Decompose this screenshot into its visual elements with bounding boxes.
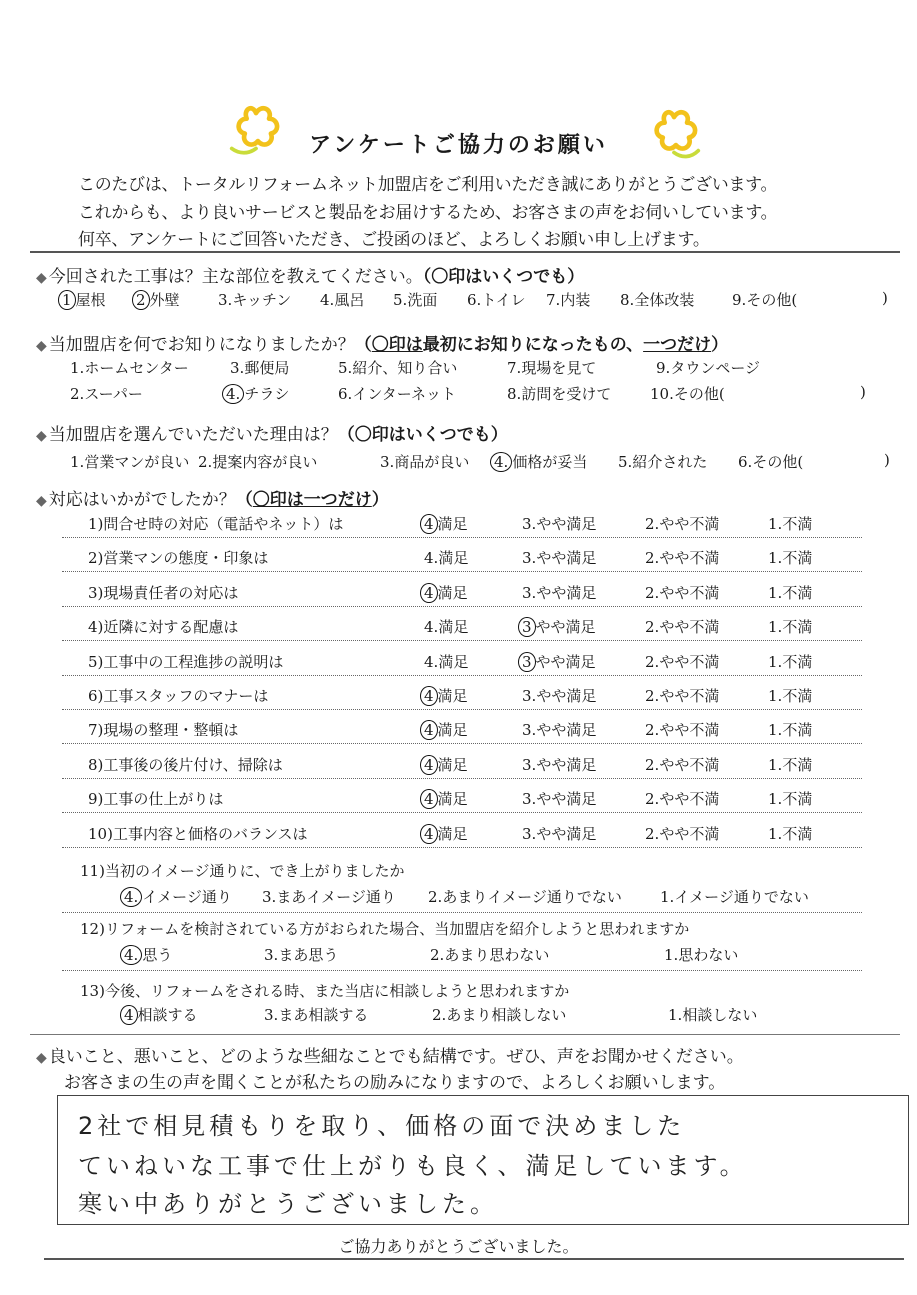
dotted-divider [62, 675, 862, 676]
q2-option[interactable]: 9.タウンページ [656, 357, 760, 378]
q11-option[interactable]: 3.まあイメージ通り [262, 886, 396, 907]
selected-circle: 4 [420, 755, 438, 775]
satisfaction-item-label: 5)工事中の工程進捗の説明は [88, 651, 283, 672]
diamond-bullet-icon: ◆ [36, 338, 47, 354]
satisfaction-option[interactable]: 4満足 [424, 823, 468, 844]
q3-option[interactable]: 3.商品が良い [380, 451, 469, 472]
q12-question: 12)リフォームを検討されている方がおられた場合、当加盟店を紹介しようと思われま… [80, 918, 689, 939]
selected-circle: 4 [420, 514, 438, 534]
dotted-divider [62, 640, 862, 641]
q13-option[interactable]: 1.相談しない [668, 1004, 757, 1025]
q11-option[interactable]: 4.イメージ通り [124, 886, 232, 907]
q1-option-toilet[interactable]: 6.トイレ [467, 289, 526, 310]
dotted-divider [62, 970, 862, 971]
q1-option-kitchen[interactable]: 3.キッチン [218, 289, 291, 310]
satisfaction-option[interactable]: 3.やや満足 [522, 823, 596, 844]
q2-option[interactable]: 3.郵便局 [230, 357, 289, 378]
q2-option[interactable]: 6.インターネット [338, 383, 456, 404]
satisfaction-option[interactable]: 4満足 [424, 685, 468, 706]
q2-option[interactable]: 8.訪問を受けて [507, 383, 611, 404]
q2-heading: ◆当加盟店を何でお知りになりましたか？（〇印は最初にお知りになったもの、一つだけ… [36, 330, 728, 355]
close-paren: ) [860, 383, 866, 401]
q1-option-full-renovation[interactable]: 8.全体改装 [620, 289, 694, 310]
dotted-divider [62, 778, 862, 779]
satisfaction-option[interactable]: 2.やや不満 [645, 582, 719, 603]
selected-circle: 4. [490, 452, 512, 472]
satisfaction-option[interactable]: 2.やや不満 [645, 616, 719, 637]
satisfaction-option[interactable]: 1.不満 [768, 616, 812, 637]
q12-option[interactable]: 3.まあ思う [264, 944, 338, 965]
satisfaction-option[interactable]: 1.不満 [768, 651, 812, 672]
q1-option-interior[interactable]: 7.内装 [546, 289, 590, 310]
q12-option[interactable]: 4.思う [124, 944, 172, 965]
comments-prompt: ◆良いこと、悪いこと、どのような些細なことでも結構です。ぜひ、声をお聞かせくださ… [36, 1042, 744, 1067]
satisfaction-option[interactable]: 1.不満 [768, 823, 812, 844]
dotted-divider [62, 812, 862, 813]
q1-option-other[interactable]: 9.その他( [732, 289, 797, 310]
intro-line: 何卒、アンケートにご回答いただき、ご投函のほど、よろしくお願い申し上げます。 [78, 225, 710, 250]
q2-option-flyer[interactable]: 4.チラシ [226, 383, 289, 404]
dotted-divider [62, 606, 862, 607]
selected-circle: 4 [120, 1005, 138, 1025]
satisfaction-option[interactable]: 1.不満 [768, 788, 812, 809]
selected-circle: 2 [132, 290, 150, 310]
satisfaction-item-label: 6)工事スタッフのマナーは [88, 685, 268, 706]
selected-circle: 1 [58, 290, 76, 310]
satisfaction-option[interactable]: 1.不満 [768, 719, 812, 740]
divider [30, 251, 900, 253]
selected-circle: 4. [120, 887, 142, 907]
satisfaction-item-label: 3)現場責任者の対応は [88, 582, 238, 603]
satisfaction-option[interactable]: 1.不満 [768, 685, 812, 706]
satisfaction-option[interactable]: 2.やや不満 [645, 651, 719, 672]
selected-circle: 4. [120, 945, 142, 965]
satisfaction-option[interactable]: 4.満足 [424, 547, 468, 568]
satisfaction-item-label: 9)工事の仕上がりは [88, 788, 223, 809]
satisfaction-option[interactable]: 4満足 [424, 754, 468, 775]
comment-textarea[interactable]: 2社で相見積もりを取り、価格の面で決めました ていねいな工事で仕上がりも良く、満… [57, 1095, 909, 1225]
q2-option[interactable]: 1.ホームセンター [70, 357, 189, 378]
satisfaction-item-label: 7)現場の整理・整頓は [88, 719, 238, 740]
satisfaction-option[interactable]: 4満足 [424, 719, 468, 740]
satisfaction-option[interactable]: 3やや満足 [522, 616, 596, 637]
q2-option[interactable]: 7.現場を見て [507, 357, 596, 378]
q11-option[interactable]: 2.あまりイメージ通りでない [428, 886, 622, 907]
footer-thanks: ご協力ありがとうございました。 [0, 1234, 917, 1257]
selected-circle: 4. [222, 384, 244, 404]
selected-circle: 3 [518, 652, 536, 672]
satisfaction-option[interactable]: 3.やや満足 [522, 788, 596, 809]
q3-heading: ◆当加盟店を選んでいただいた理由は？（〇印はいくつでも） [36, 420, 508, 445]
satisfaction-option[interactable]: 3.やや満足 [522, 513, 596, 534]
satisfaction-option[interactable]: 2.やや不満 [645, 719, 719, 740]
satisfaction-option[interactable]: 4.満足 [424, 651, 468, 672]
diamond-bullet-icon: ◆ [36, 493, 47, 509]
satisfaction-option[interactable]: 1.不満 [768, 513, 812, 534]
satisfaction-item-label: 10)工事内容と価格のバランスは [88, 823, 308, 844]
satisfaction-option[interactable]: 3.やや満足 [522, 685, 596, 706]
satisfaction-option[interactable]: 2.やや不満 [645, 685, 719, 706]
q4-heading: ◆対応はいかがでしたか？（〇印は一つだけ） [36, 485, 389, 510]
intro-line: これからも、より良いサービスと製品をお届けするため、お客さまの声をお伺いしていま… [78, 198, 777, 223]
satisfaction-option[interactable]: 2.やや不満 [645, 513, 719, 534]
divider [44, 1258, 904, 1260]
intro-line: このたびは、トータルリフォームネット加盟店をご利用いただき誠にありがとうございま… [78, 170, 777, 195]
diamond-bullet-icon: ◆ [36, 428, 47, 444]
satisfaction-option[interactable]: 2.やや不満 [645, 823, 719, 844]
dotted-divider [62, 743, 862, 744]
q3-option[interactable]: 2.提案内容が良い [198, 451, 317, 472]
dotted-divider [62, 912, 862, 913]
satisfaction-option[interactable]: 3.やや満足 [522, 719, 596, 740]
q2-option[interactable]: 2.スーパー [70, 383, 143, 404]
dotted-divider [62, 537, 862, 538]
handwritten-comment: 2社で相見積もりを取り、価格の面で決めました [78, 1106, 685, 1141]
selected-circle: 4 [420, 789, 438, 809]
q3-option-price[interactable]: 4.価格が妥当 [494, 451, 587, 472]
satisfaction-option[interactable]: 4満足 [424, 788, 468, 809]
satisfaction-item-label: 4)近隣に対する配慮は [88, 616, 238, 637]
satisfaction-option[interactable]: 3.やや満足 [522, 547, 596, 568]
handwritten-comment: 寒い中ありがとうございました。 [78, 1184, 498, 1219]
handwritten-comment: ていねいな工事で仕上がりも良く、満足しています。 [78, 1146, 748, 1181]
satisfaction-option[interactable]: 1.不満 [768, 754, 812, 775]
close-paren: ) [882, 289, 888, 307]
satisfaction-option[interactable]: 2.やや不満 [645, 788, 719, 809]
q1-heading: ◆今回された工事は？主な部位を教えてください。（〇印はいくつでも） [36, 262, 584, 287]
diamond-bullet-icon: ◆ [36, 270, 47, 286]
q1-option-wall[interactable]: 2外壁 [136, 289, 180, 310]
satisfaction-option[interactable]: 2.やや不満 [645, 754, 719, 775]
q3-option-other[interactable]: 6.その他( [738, 451, 803, 472]
satisfaction-option[interactable]: 4.満足 [424, 616, 468, 637]
selected-circle: 4 [420, 583, 438, 603]
q2-option[interactable]: 5.紹介、知り合い [338, 357, 457, 378]
dotted-divider [62, 571, 862, 572]
close-paren: ) [884, 451, 890, 469]
q13-option[interactable]: 3.まあ相談する [264, 1004, 368, 1025]
q12-option[interactable]: 1.思わない [664, 944, 738, 965]
satisfaction-item-label: 8)工事後の後片付け、掃除は [88, 754, 283, 775]
q3-option[interactable]: 1.営業マンが良い [70, 451, 189, 472]
satisfaction-option[interactable]: 3.やや満足 [522, 582, 596, 603]
diamond-bullet-icon: ◆ [36, 1050, 47, 1066]
selected-circle: 4 [420, 720, 438, 740]
dotted-divider [62, 709, 862, 710]
q11-option[interactable]: 1.イメージ通りでない [660, 886, 809, 907]
selected-circle: 4 [420, 824, 438, 844]
satisfaction-option[interactable]: 3やや満足 [522, 651, 596, 672]
satisfaction-item-label: 1)問合せ時の対応（電話やネット）は [88, 513, 343, 534]
q2-option-other[interactable]: 10.その他( [650, 383, 725, 404]
page-title: アンケートご協力のお願い [0, 128, 917, 159]
satisfaction-item-label: 2)営業マンの態度・印象は [88, 547, 268, 568]
dotted-divider [62, 847, 862, 848]
q1-option-roof[interactable]: 1屋根 [62, 289, 106, 310]
divider [30, 1034, 900, 1035]
q1-option-washroom[interactable]: 5.洗面 [393, 289, 437, 310]
selected-circle: 3 [518, 617, 536, 637]
satisfaction-option[interactable]: 1.不満 [768, 547, 812, 568]
q13-option[interactable]: 2.あまり相談しない [432, 1004, 566, 1025]
q12-option[interactable]: 2.あまり思わない [430, 944, 549, 965]
q3-option[interactable]: 5.紹介された [618, 451, 707, 472]
satisfaction-option[interactable]: 2.やや不満 [645, 547, 719, 568]
q13-option[interactable]: 4相談する [124, 1004, 198, 1025]
comments-prompt-2: お客さまの生の声を聞くことが私たちの励みになりますので、よろしくお願いします。 [64, 1068, 725, 1093]
satisfaction-option[interactable]: 4満足 [424, 582, 468, 603]
q1-option-bath[interactable]: 4.風呂 [320, 289, 364, 310]
selected-circle: 4 [420, 686, 438, 706]
satisfaction-option[interactable]: 1.不満 [768, 582, 812, 603]
satisfaction-option[interactable]: 3.やや満足 [522, 754, 596, 775]
q11-question: 11)当初のイメージ通りに、でき上がりましたか [80, 860, 405, 881]
q13-question: 13)今後、リフォームをされる時、また当店に相談しようと思われますか [80, 980, 569, 1001]
satisfaction-option[interactable]: 4満足 [424, 513, 468, 534]
